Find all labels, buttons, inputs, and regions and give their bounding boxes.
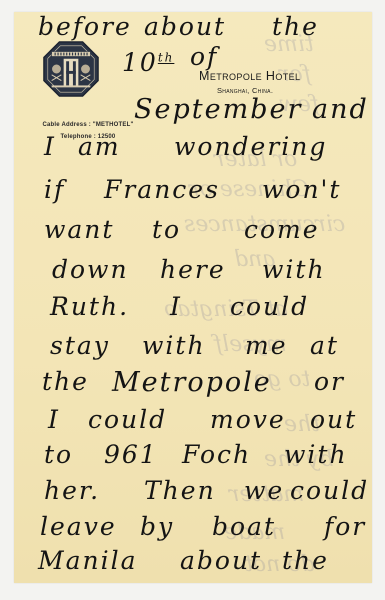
handwritten-word: Frances: [104, 175, 220, 204]
handwritten-word: could: [230, 292, 309, 321]
handwritten-word: I: [170, 292, 182, 321]
handwritten-word: the: [272, 12, 319, 41]
handwritten-word: the: [282, 546, 329, 575]
handwritten-word: Then: [144, 476, 216, 505]
handwritten-word: the: [42, 367, 89, 396]
handwritten-word: we: [244, 476, 284, 505]
handwritten-word: out: [310, 405, 357, 434]
handwritten-word: Ruth.: [50, 292, 129, 321]
handwritten-word: Manila: [38, 546, 138, 575]
cable-address: Cable Address : "METHOTEL": [32, 119, 144, 131]
handwritten-word: about: [180, 546, 262, 575]
handwritten-word: her.: [44, 476, 100, 505]
handwritten-word: before: [38, 12, 132, 41]
handwritten-word: for: [324, 512, 366, 541]
handwritten-word: of: [190, 42, 218, 71]
handwritten-word: September: [134, 94, 302, 125]
handwritten-word: Metropole: [112, 367, 272, 398]
handwritten-word: move: [210, 405, 286, 434]
handwritten-word: could: [290, 476, 369, 505]
handwritten-word: stay: [50, 331, 110, 360]
handwritten-word: am: [78, 132, 121, 161]
handwritten-word: won't: [262, 175, 341, 204]
handwritten-word: Foch: [182, 440, 251, 469]
hotel-logo-icon: [42, 40, 100, 98]
handwritten-word: want: [44, 215, 114, 244]
handwritten-word: about: [144, 12, 226, 41]
handwritten-word: at: [310, 331, 339, 360]
handwritten-word: or: [314, 367, 345, 396]
handwritten-word: here: [160, 255, 226, 284]
handwritten-word: I: [44, 132, 56, 161]
handwritten-word: to: [152, 215, 181, 244]
handwritten-word: could: [88, 405, 167, 434]
handwritten-word: leave: [40, 512, 117, 541]
letter-page: time for few or later Chinese or circums…: [14, 12, 372, 583]
handwritten-word: with: [284, 440, 348, 469]
hotel-name: Metropole Hotel: [199, 69, 300, 83]
handwritten-word: by: [140, 512, 174, 541]
handwritten-word: with: [142, 331, 206, 360]
handwritten-word: to: [44, 440, 73, 469]
handwritten-word: I: [48, 405, 60, 434]
handwritten-word: me: [245, 331, 288, 360]
handwritten-word: and: [312, 94, 369, 125]
handwritten-word: with: [262, 255, 326, 284]
handwritten-word: down: [52, 255, 129, 284]
handwritten-word: wondering: [174, 132, 327, 161]
handwritten-superscript: th: [158, 51, 175, 65]
handwritten-word: come: [244, 215, 320, 244]
handwritten-word: 961: [104, 440, 158, 469]
handwritten-word: 10: [122, 48, 158, 77]
handwritten-word: if: [44, 175, 65, 204]
handwritten-word: boat: [212, 512, 276, 541]
